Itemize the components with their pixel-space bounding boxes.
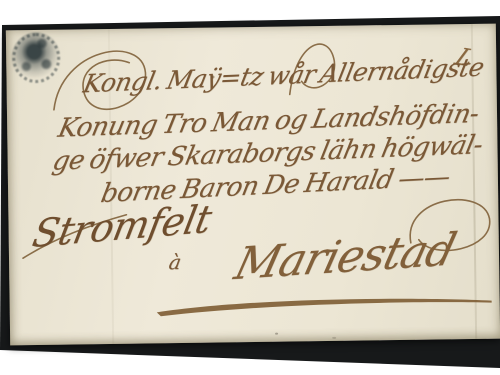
ink-speck	[211, 76, 214, 79]
address-preposition: à	[167, 250, 182, 274]
destination-town: Mariestad	[229, 224, 460, 290]
circular-postmark-stamp	[11, 32, 62, 85]
paper-speck	[275, 333, 278, 335]
letter-cover: L Kongl. Maÿ=tz wår Allernådigste Konung…	[6, 24, 500, 346]
address-line-1: Kongl. Maÿ=tz wår Allernådigste	[81, 52, 487, 98]
addressee-surname: Stromfelt	[29, 196, 215, 256]
paper-speck	[332, 337, 336, 339]
